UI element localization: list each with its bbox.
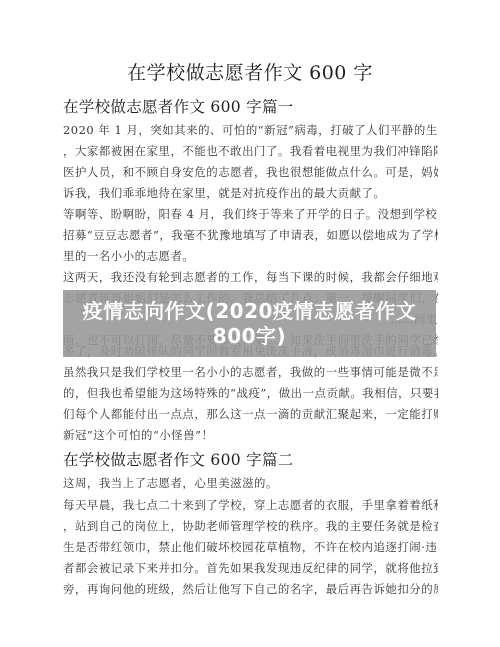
paragraph-line: 每天早晨，我七点二十来到了学校，穿上志愿者的衣服，手里拿着着纸和笔 <box>63 497 438 513</box>
paragraph-line: 诉我，我们乖乖地待在家里，就是对抗疫作出的最大贡献了。 <box>63 185 438 201</box>
section-heading-1: 在学校做志愿者作文 600 字篇一 <box>63 96 294 118</box>
paragraph-line: 生是否带红领巾，禁止他们破坏校园花草植物，不许在校内追逐打闹·违反 <box>63 539 438 555</box>
overlay-title-line-2: 800字) <box>70 324 430 349</box>
paragraph-line: 虽然我只是我们学校里一名小小的志愿者，我做的一些事情可能是微不足道 <box>63 364 438 380</box>
document-title: 在学校做志愿者作文 600 字 <box>0 60 500 86</box>
paragraph-line: 医护人员，和不顾自身安危的志愿者，我也很想能做点什么。可是，妈妈告 <box>63 164 438 180</box>
paragraph-line: ，站到自己的岗位上，协助老师管理学校的秩序。我的主要任务就是检查学 <box>63 518 438 534</box>
paragraph-line: 的，但我也希望能为这场特殊的“战疫”，做出一点贡献。我相信，只要我 <box>63 385 438 401</box>
paragraph-line: 2020 年 1 月，突如其来的、可怕的“新冠”病毒，打破了人们平静的生活 <box>63 122 438 138</box>
paragraph-line: 这周，我当上了志愿者，心里美滋滋的。 <box>63 475 438 491</box>
paragraph-line: 里的一名小小的志愿者。 <box>63 248 438 264</box>
paragraph-line: 等啊等、盼啊盼，阳春 4 月，我们终于等来了开学的日子。没想到学校开始 <box>63 206 438 222</box>
paragraph-line: 招募“豆豆志愿者”，我毫不犹豫地填写了申请表，如愿以偿地成为了学校 <box>63 227 438 243</box>
paragraph-line: 旁，再询问他的班级，然后让他写下自己的名字，最后再告诉她扣分的原因 <box>63 581 438 597</box>
paragraph-line: ，大家都被困在家里，不能也不敢出门了。我看着电视里为我们冲锋陷阵的 <box>63 143 438 159</box>
section-heading-2: 在学校做志愿者作文 600 字篇二 <box>63 449 294 471</box>
paragraph-line: 这两天，我还没有轮到志愿者的工作，每当下课的时候，我都会仔细地观察 <box>63 269 438 285</box>
document-page: 在学校做志愿者作文 600 字 在学校做志愿者作文 600 字篇一 2020 年… <box>0 0 500 647</box>
paragraph-line: 们每个人都能付出一点点，那么这一点一滴的贡献汇聚起来，一定能打败“ <box>63 406 438 422</box>
paragraph-line: 新冠”这个可怕的“小怪兽”！ <box>63 427 438 443</box>
overlay-title-line-1: 疫情志向作文(2020疫情志愿者作文 <box>70 299 430 324</box>
title-overlay-banner: 疫情志向作文(2020疫情志愿者作文 800字) <box>63 290 436 357</box>
paragraph-line: 者都会被记录下来并扣分。首先如果我发现违反纪律的同学，就将他拉到一 <box>63 560 438 576</box>
